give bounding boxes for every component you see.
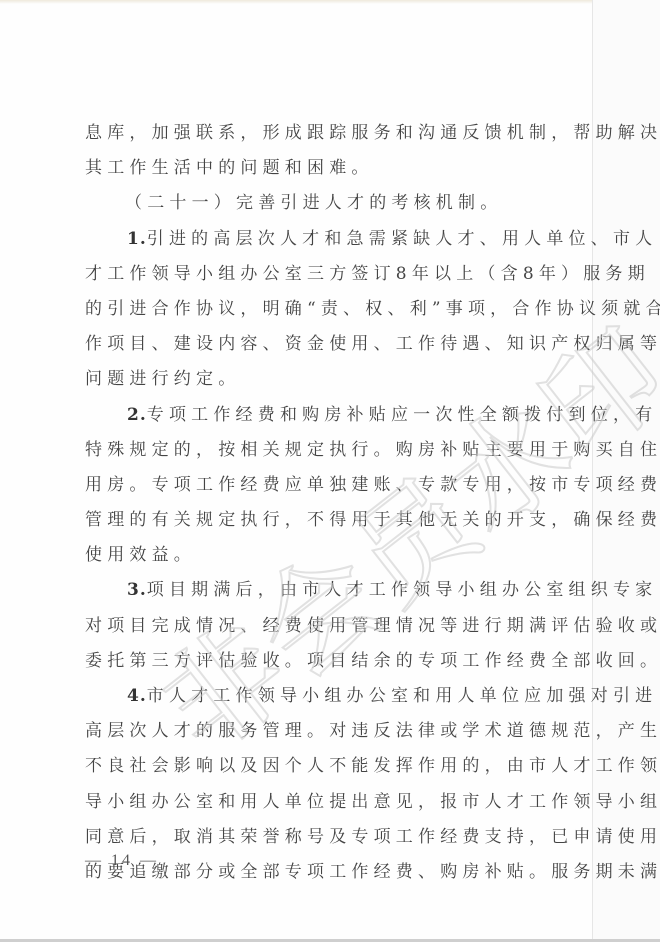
item-3-first-line: 3.项目期满后，由市人才工作领导小组办公室组织专家 xyxy=(85,573,585,608)
page-number: — 14 — xyxy=(85,852,159,870)
text-line: 导小组办公室和用人单位提出意见，报市人才工作领导小组 xyxy=(85,785,585,820)
line-text: 市人才工作领导小组办公室和用人单位应加强对引进 xyxy=(147,686,658,706)
item-1-first-line: 1.引进的高层次人才和急需紧缺人才、用人单位、市人 xyxy=(85,222,585,257)
line-text: 的要追缴部分或全部专项工作经费、购房补贴。服务期未满 xyxy=(85,862,660,882)
line-text: 才工作领导小组办公室三方签订8年以上（含8年）服务期 xyxy=(85,264,650,284)
text-line: 对项目完成情况、经费使用管理情况等进行期满评估验收或 xyxy=(85,609,585,644)
line-text: 特殊规定的，按相关规定执行。购房补贴主要用于购买自住 xyxy=(85,440,660,460)
scan-top-edge xyxy=(0,0,660,4)
item-4-first-line: 4.市人才工作领导小组办公室和用人单位应加强对引进 xyxy=(85,679,585,714)
line-text: 的引进合作协议，明确“责、权、利”事项，合作协议须就合 xyxy=(85,299,660,319)
item-number: 2. xyxy=(127,405,147,425)
line-text: 用房。专项工作经费应单独建账、专款专用，按市专项经费 xyxy=(85,475,660,495)
text-line: 才工作领导小组办公室三方签订8年以上（含8年）服务期 xyxy=(85,257,585,292)
line-text: 项目期满后，由市人才工作领导小组办公室组织专家 xyxy=(147,580,658,600)
text-line: 的引进合作协议，明确“责、权、利”事项，合作协议须就合 xyxy=(85,292,585,327)
line-text: 专项工作经费和购房补贴应一次性全额拨付到位，有 xyxy=(147,405,658,425)
line-text: 高层次人才的服务管理。对违反法律或学术道德规范，产生 xyxy=(85,721,660,741)
line-text: 其工作生活中的问题和困难。 xyxy=(85,158,374,178)
line-text: 问题进行约定。 xyxy=(85,369,240,389)
text-line: 特殊规定的，按相关规定执行。购房补贴主要用于购买自住 xyxy=(85,433,585,468)
text-line: 不良社会影响以及因个人不能发挥作用的，由市人才工作领 xyxy=(85,749,585,784)
text-line: 用房。专项工作经费应单独建账、专款专用，按市专项经费 xyxy=(85,468,585,503)
text-line: 作项目、建设内容、资金使用、工作待遇、知识产权归属等 xyxy=(85,327,585,362)
text-line: 委托第三方评估验收。项目结余的专项工作经费全部收回。 xyxy=(85,644,585,679)
line-text: 对项目完成情况、经费使用管理情况等进行期满评估验收或 xyxy=(85,616,660,636)
document-body: 息库，加强联系，形成跟踪服务和沟通反馈机制，帮助解决 其工作生活中的问题和困难。… xyxy=(85,116,585,890)
text-line: 高层次人才的服务管理。对违反法律或学术道德规范，产生 xyxy=(85,714,585,749)
item-number: 1. xyxy=(127,229,147,249)
text-line: 其工作生活中的问题和困难。 xyxy=(85,151,585,186)
line-text: 使用效益。 xyxy=(85,545,196,565)
item-number: 3. xyxy=(127,580,147,600)
text-line: 管理的有关规定执行，不得用于其他无关的开支，确保经费 xyxy=(85,503,585,538)
line-text: 导小组办公室和用人单位提出意见，报市人才工作领导小组 xyxy=(85,792,660,812)
text-line: 问题进行约定。 xyxy=(85,362,585,397)
text-line: 息库，加强联系，形成跟踪服务和沟通反馈机制，帮助解决 xyxy=(85,116,585,151)
item-number: 4. xyxy=(127,686,147,706)
line-text: 委托第三方评估验收。项目结余的专项工作经费全部收回。 xyxy=(85,651,660,671)
line-text: 引进的高层次人才和急需紧缺人才、用人单位、市人 xyxy=(147,229,658,249)
line-text: 息库，加强联系，形成跟踪服务和沟通反馈机制，帮助解决 xyxy=(85,123,660,143)
text-line: 使用效益。 xyxy=(85,538,585,573)
heading-text: （二十一）完善引进人才的考核机制。 xyxy=(125,193,502,213)
line-text: 同意后，取消其荣誉称号及专项工作经费支持，已申请使用 xyxy=(85,827,660,847)
line-text: 管理的有关规定执行，不得用于其他无关的开支，确保经费 xyxy=(85,510,660,530)
text-line: 同意后，取消其荣誉称号及专项工作经费支持，已申请使用 xyxy=(85,820,585,855)
item-2-first-line: 2.专项工作经费和购房补贴应一次性全额拨付到位，有 xyxy=(85,398,585,433)
line-text: 作项目、建设内容、资金使用、工作待遇、知识产权归属等 xyxy=(85,334,660,354)
document-page: 息库，加强联系，形成跟踪服务和沟通反馈机制，帮助解决 其工作生活中的问题和困难。… xyxy=(0,0,660,942)
section-heading: （二十一）完善引进人才的考核机制。 xyxy=(85,186,585,221)
text-line: 的要追缴部分或全部专项工作经费、购房补贴。服务期未满 xyxy=(85,855,585,890)
line-text: 不良社会影响以及因个人不能发挥作用的，由市人才工作领 xyxy=(85,756,660,776)
